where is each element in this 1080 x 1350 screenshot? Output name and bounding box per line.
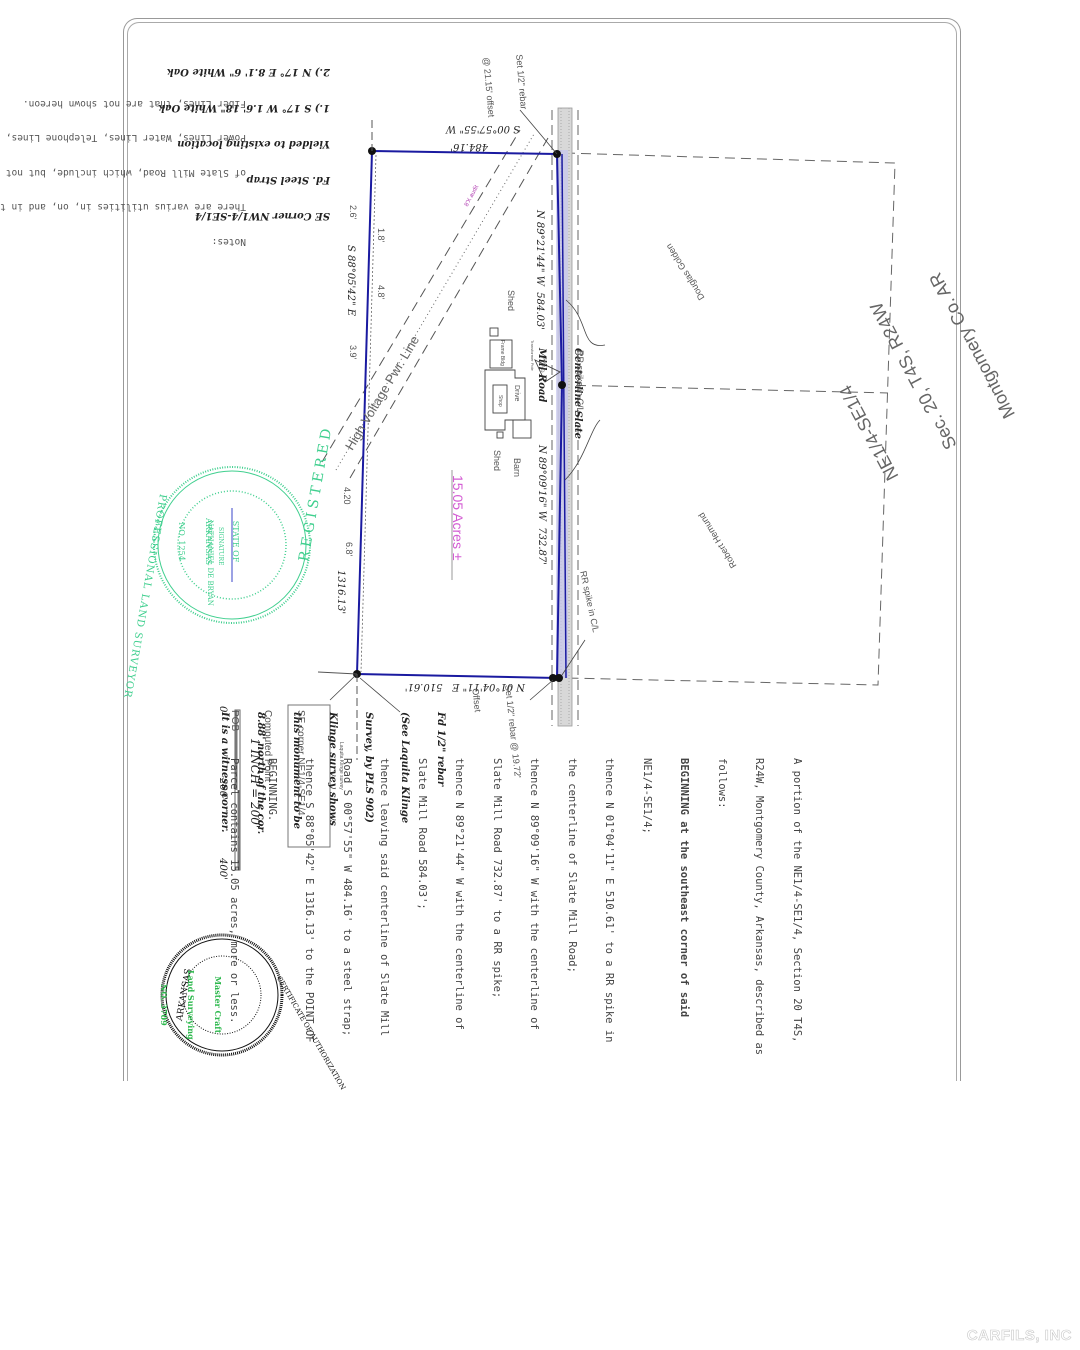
shed-label-2: Shed	[492, 450, 502, 471]
corner-se-2	[555, 674, 563, 682]
offset-label: 4.8'	[376, 285, 386, 299]
centerline-note: Centerline Slate Mill Road	[523, 348, 607, 439]
bearing-text: N 89°21'44" W	[534, 210, 545, 286]
legal-description: A portion of the NE1/4-SE1/4, Section 20…	[216, 758, 829, 1055]
bearing-top: S 00°57'55" W	[446, 123, 520, 134]
offset-label: 2.6'	[348, 205, 358, 219]
distance-text: 584.03'	[534, 292, 545, 330]
distance-text: 732.87'	[536, 527, 547, 565]
se-corner-line: SE Corner NW1/4-SE1/4	[158, 209, 330, 221]
bearing-west-2: N 89°09'16" W 732.87'	[536, 445, 547, 565]
shop-label: Shop	[497, 395, 503, 407]
offset-label: 1.8'	[376, 228, 386, 242]
se-corner-line: Yielded to existing location	[158, 137, 330, 149]
legal-line: A portion of the NE1/4-SE1/4, Section 20…	[791, 758, 804, 1055]
power-line-edge-2	[350, 138, 548, 478]
auth-firm2: Land Surveying	[186, 970, 195, 1040]
seal-number: NO. 1254	[177, 518, 186, 565]
shed-label-1: Shed	[506, 290, 516, 311]
auth-seal-center: Master Craft Land Surveying NO. 3709	[150, 970, 240, 1040]
se-corner-line: 2.) N 17° E 8.1' 6" White Oak	[158, 65, 330, 77]
surveyor-seal-signature-label: SIGNATURE	[217, 527, 224, 565]
legal-line: Road S 00°57'55" W 484.16' to a steel st…	[341, 758, 354, 1055]
watermark: CARFILS, INC	[967, 1327, 1072, 1344]
set-rebar-top-note: Set 1/2" rebar @ 21.15' offset	[469, 52, 551, 119]
bearing-east: S 88°05'42" E	[345, 245, 356, 316]
legal-line: follows:	[716, 758, 729, 1055]
legal-line: thence leaving said centerline of Slate …	[378, 758, 391, 1055]
bearing-west-1: N 89°21'44" W 584.03'	[534, 210, 545, 330]
legal-line: BEGINNING at the southeast corner of sai…	[678, 758, 691, 1055]
callout-line: Set 1/2" rebar	[513, 54, 529, 115]
legal-line: thence N 89°21'44" W with the centerline…	[453, 758, 466, 1055]
auth-number: NO. 3709	[159, 970, 168, 1040]
legal-line: Slate Mill Road 584.03';	[416, 758, 429, 1055]
offset-label: 3.9'	[348, 345, 358, 359]
auth-firm1: Master Craft	[213, 970, 222, 1040]
offset-label: 6.8'	[344, 542, 354, 556]
legal-line: thence S 88°05'42" E 1316.13' to the POI…	[303, 758, 316, 1055]
distance-top: 484.16'	[450, 141, 488, 152]
rr-spike-note-1: RR spike in C/L	[575, 350, 585, 413]
drive-label: Drive	[513, 385, 520, 401]
offset-label: 4.20	[342, 487, 352, 505]
acreage-label: 15.05 Acres ±	[450, 475, 466, 561]
distance-text: 510.61'	[405, 681, 443, 692]
transformer-label: Transformer Pole	[530, 340, 535, 371]
se-corner-note: SE Corner NW1/4-SE1/4 Fd. Steel Strap Yi…	[158, 53, 330, 245]
legal-line: thence N 89°09'16" W with the centerline…	[528, 758, 541, 1055]
frame-bldg-label: Frame Bldg	[499, 340, 505, 366]
se-corner-line: Fd. Steel Strap	[158, 173, 330, 185]
distance-east: 1316.13'	[335, 570, 346, 614]
surveyor-seal-name: NATHANIEL DE BRYAN	[206, 520, 214, 606]
se-corner-line: 1.) S 17° W 1.6' 18" White Oak	[158, 101, 330, 113]
callout-line: @ 21.15' offset	[480, 57, 496, 118]
legal-line: BEGINNING.	[266, 758, 279, 1055]
legal-line: Slate Mill Road 732.87' to a RR spike;	[491, 758, 504, 1055]
legal-line: the centerline of Slate Mill Road;	[566, 758, 579, 1055]
legal-line: R24W, Montgomery County, Arkansas, descr…	[753, 758, 766, 1055]
bearing-text: N 89°09'16" W	[536, 445, 547, 521]
seal-state: STATE OF	[231, 518, 240, 565]
scale-tick-0: 0'	[217, 706, 228, 715]
barn-label: Barn	[512, 458, 522, 477]
legal-line: NE1/4-SE1/4;	[641, 758, 654, 1055]
legal-line: thence N 01°04'11" E 510.61' to a RR spi…	[603, 758, 616, 1055]
